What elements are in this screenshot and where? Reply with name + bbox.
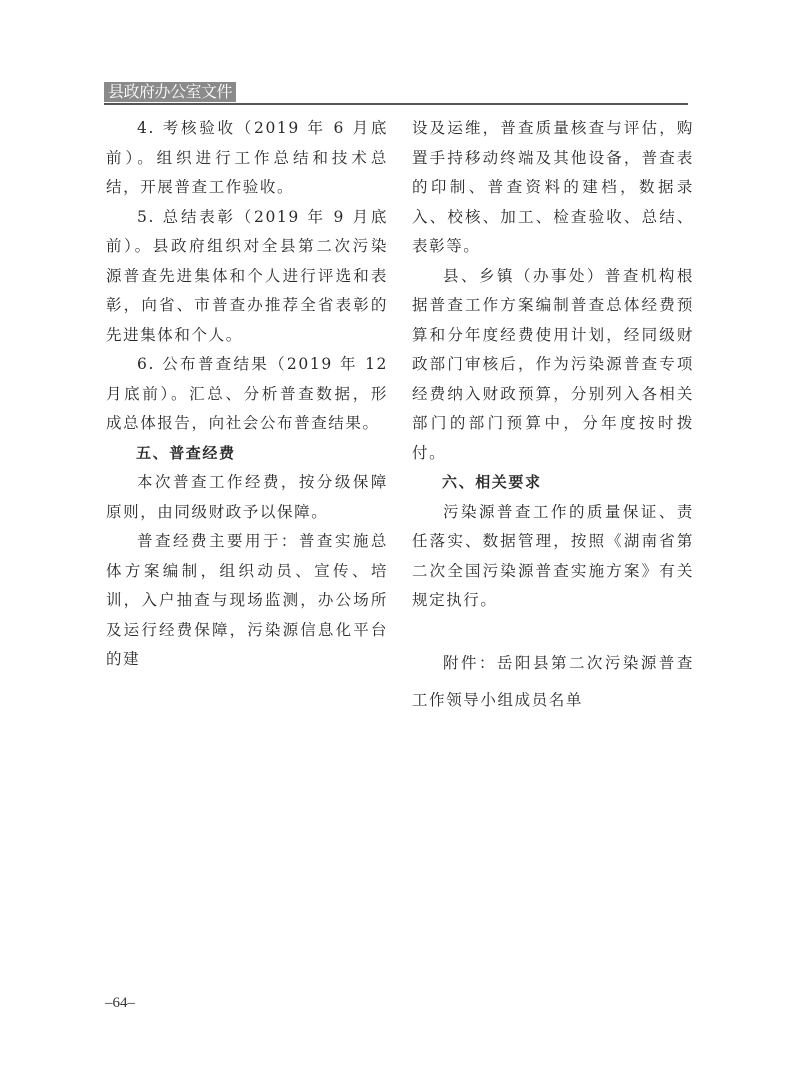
- attachment-note: 附件：岳阳县第二次污染源普查工作领导小组成员名单: [412, 645, 694, 719]
- header-rule: [104, 103, 688, 105]
- section-5-paragraph-3: 县、乡镇（办事处）普查机构根据普查工作方案编制普查总体经费预算和分年度经费使用计…: [412, 262, 694, 469]
- item-5-commendation: 5. 总结表彰（2019 年 9 月底前）。县政府组织对全县第二次污染源普查先进…: [106, 203, 388, 351]
- section-6-paragraph-1: 污染源普查工作的质量保证、责任落实、数据管理，按照《湖南省第二次全国污染源普查实…: [412, 498, 694, 616]
- header-label: 县政府办公室文件: [104, 82, 236, 102]
- section-6-heading: 六、相关要求: [412, 468, 694, 498]
- spacer: [412, 616, 694, 646]
- section-5-paragraph-1: 本次普查工作经费，按分级保障原则，由同级财政予以保障。: [106, 468, 388, 527]
- page-number: –64–: [105, 995, 135, 1012]
- left-column: 4. 考核验收（2019 年 6 月底前）。组织进行工作总结和技术总结，开展普查…: [106, 114, 388, 675]
- section-5-heading: 五、普查经费: [106, 439, 388, 469]
- item-6-publish-results: 6. 公布普查结果（2019 年 12 月底前）。汇总、分析普查数据，形成总体报…: [106, 350, 388, 439]
- item-4-assessment: 4. 考核验收（2019 年 6 月底前）。组织进行工作总结和技术总结，开展普查…: [106, 114, 388, 203]
- section-5-paragraph-2: 普查经费主要用于：普查实施总体方案编制，组织动员、宣传、培训，入户抽查与现场监测…: [106, 527, 388, 675]
- section-5-paragraph-2-continued: 设及运维，普查质量核查与评估，购置手持移动终端及其他设备，普查表的印制、普查资料…: [412, 114, 694, 262]
- document-header: 县政府办公室文件: [104, 82, 688, 104]
- right-column: 设及运维，普查质量核查与评估，购置手持移动终端及其他设备，普查表的印制、普查资料…: [412, 114, 694, 719]
